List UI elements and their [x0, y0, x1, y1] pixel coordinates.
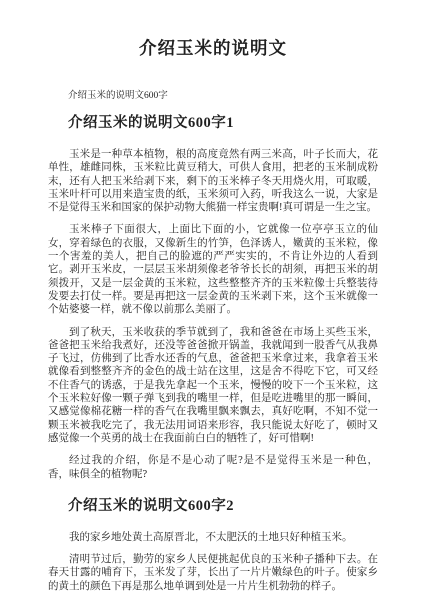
section-2-paragraph-2: 清明节过后，勤劳的家乡人民便挑起优良的玉米种子播种下去。在春天甘露的哺育下，玉米… — [48, 553, 378, 593]
section-2-paragraph-1: 我的家乡地处黄土高原晋北，不太肥沃的土地只好种植玉米。 — [48, 531, 378, 544]
section-2-heading: 介绍玉米的说明文600字2 — [68, 494, 378, 515]
section-1-paragraph-4: 经过我的介绍，你是不是心动了呢?是不是觉得玉米是一种色，香，味俱全的植物呢? — [48, 454, 378, 481]
document-page: 介绍玉米的说明文 介绍玉米的说明文600字 介绍玉米的说明文600字1 玉米是一… — [0, 0, 424, 600]
section-1-heading: 介绍玉米的说明文600字1 — [68, 111, 378, 132]
document-title: 介绍玉米的说明文 — [48, 35, 378, 60]
section-1-paragraph-1: 玉米是一种草本植物，根的高度竟然有两三米高，叶子长而大，花单性，雄雌同株，玉米粒… — [48, 148, 378, 214]
section-1-paragraph-2: 玉米棒子下面很大，上面比下面的小，它就像一位亭亭玉立的仙女，穿着绿色的衣服，又像… — [48, 223, 378, 316]
meta-line: 介绍玉米的说明文600字 — [68, 87, 378, 101]
section-1-paragraph-3: 到了秋天，玉米收获的季节就到了，我和爸爸在市场上买些玉米，爸爸把玉米给我煮好，还… — [48, 326, 378, 446]
